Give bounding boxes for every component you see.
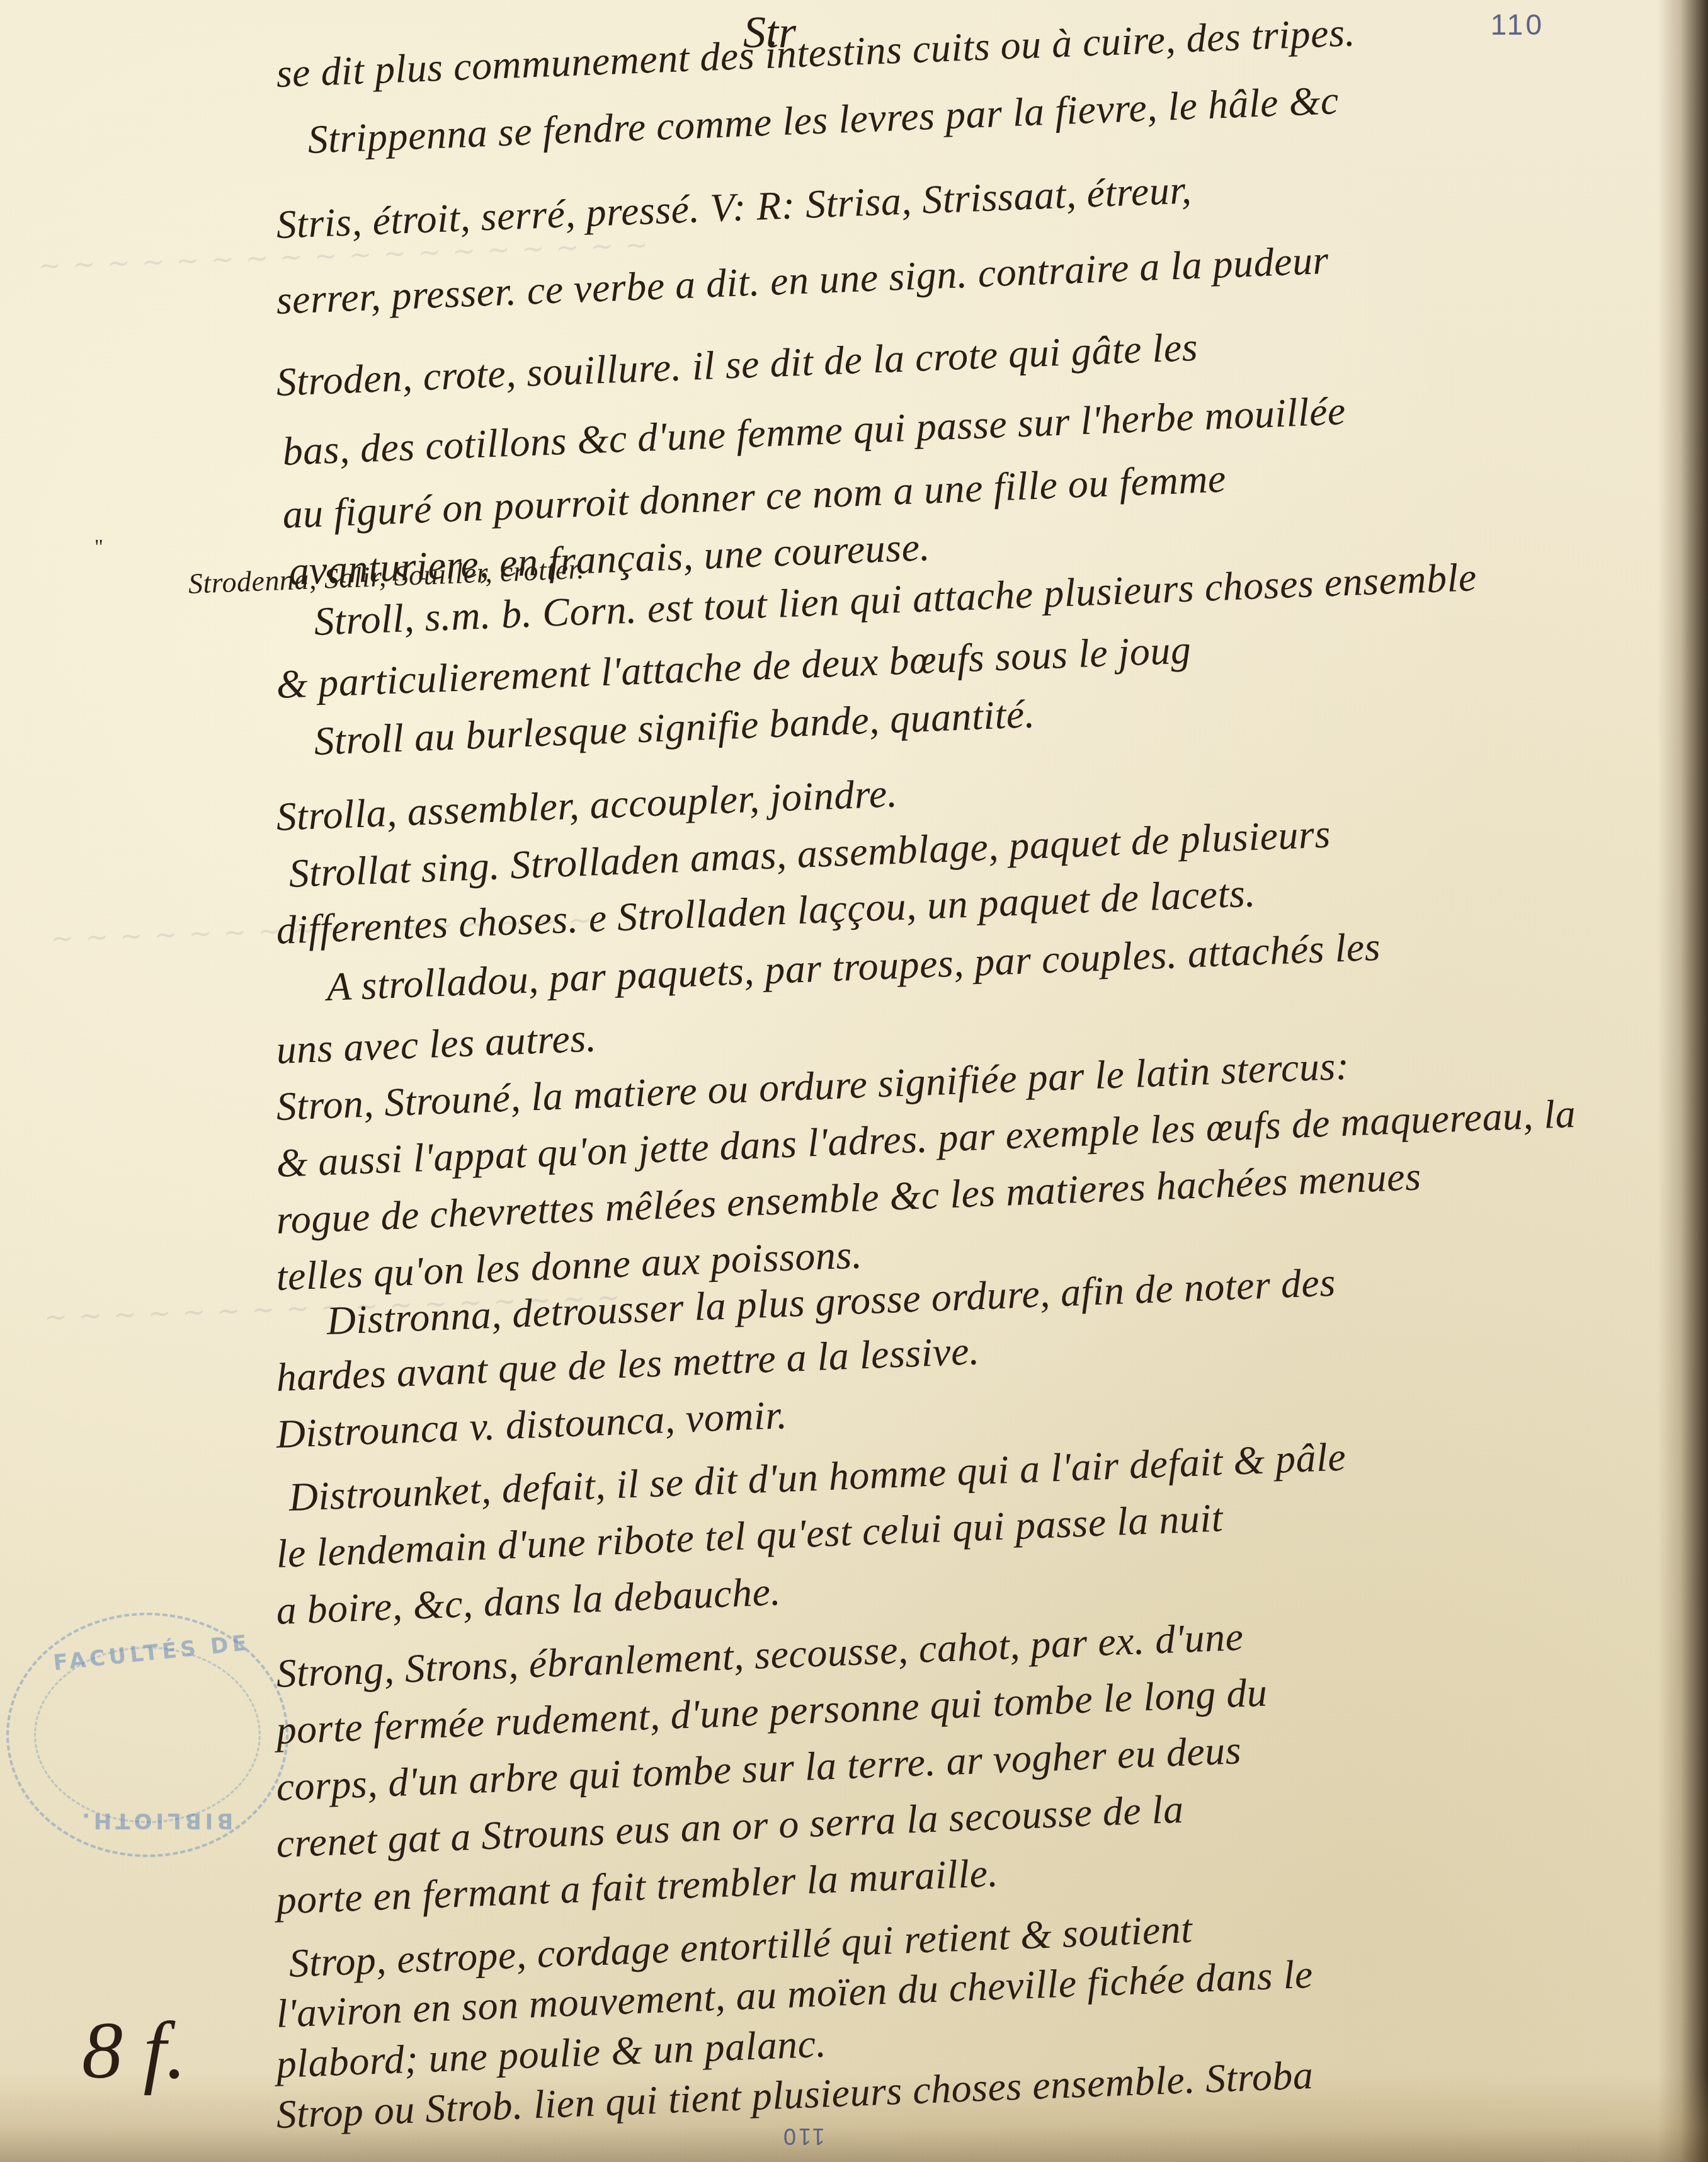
binding-shadow bbox=[1658, 0, 1708, 2162]
sheet-number: 8 f. bbox=[82, 2003, 186, 2098]
library-stamp-text-bottom: BIBLIOTH. bbox=[78, 1808, 233, 1833]
library-stamp: FACULTÉS DE BIBLIOTH. bbox=[6, 1613, 288, 1857]
folio-number-top: 110 bbox=[1491, 8, 1544, 42]
margin-quote-mark: " bbox=[94, 535, 103, 559]
folio-number-bottom: 110 bbox=[781, 2123, 824, 2149]
